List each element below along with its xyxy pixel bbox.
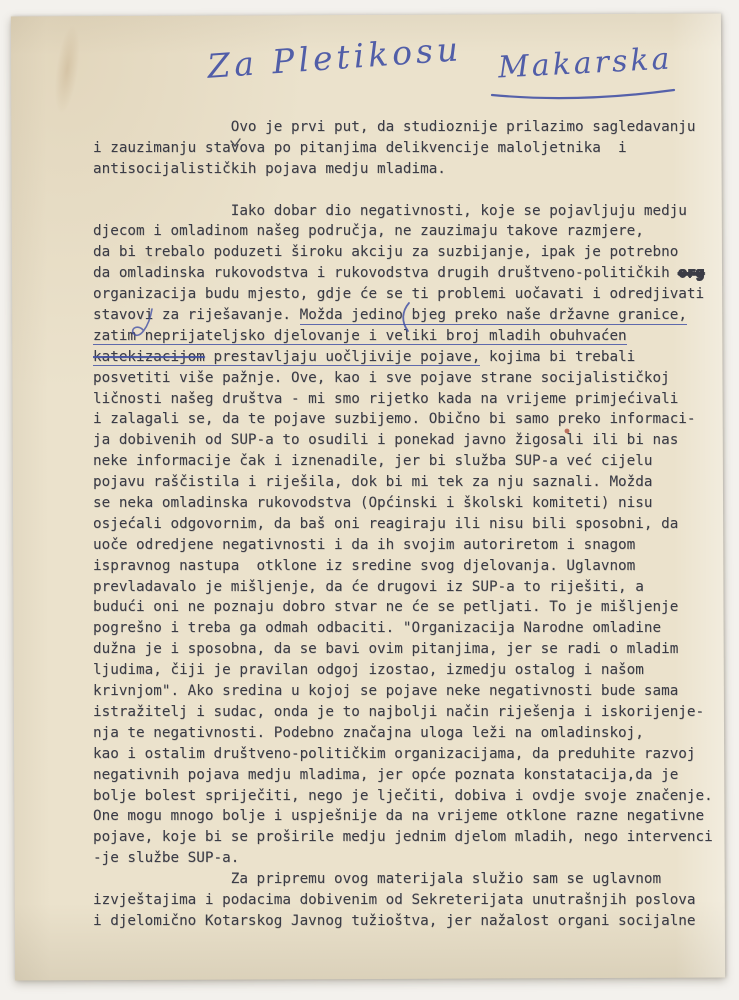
text-line: djecom i omladinom našeg područja, ne za… bbox=[93, 221, 723, 242]
text-segment: org bbox=[678, 265, 704, 281]
text-segment: budući oni ne poznaju dobro stvar ne će … bbox=[93, 599, 678, 615]
text-segment: ja dobivenih od SUP-a to osudili i ponek… bbox=[93, 432, 678, 448]
text-segment: One mogu mnogo bolje i uspješnije da na … bbox=[93, 808, 704, 824]
text-line: bolje bolest spriječiti, nego je lječiti… bbox=[93, 786, 723, 807]
text-segment: nja te negativnosti. Podebno značajna ul… bbox=[93, 725, 644, 741]
text-segment: i zalagali se, da te pojave suzbijemo. O… bbox=[93, 411, 696, 427]
text-line: One mogu mnogo bolje i uspješnije da na … bbox=[93, 806, 723, 827]
text-line: prevladavalo je mišljenje, da će drugovi… bbox=[93, 577, 723, 598]
text-line bbox=[93, 180, 723, 201]
text-segment: Iako dobar dio negativnosti, koje se poj… bbox=[93, 203, 687, 219]
text-segment: ličnosti našeg društva - mi smo rijetko … bbox=[93, 391, 678, 407]
text-line: nja te negativnosti. Podebno značajna ul… bbox=[93, 723, 723, 744]
text-line: katekizacijom prestavljaju uočljivije po… bbox=[93, 347, 723, 368]
text-segment: -je službe SUP-a. bbox=[93, 850, 239, 866]
text-line: se neka omladinska rukovodstva (Općinski… bbox=[93, 493, 723, 514]
text-line: budući oni ne poznaju dobro stvar ne će … bbox=[93, 597, 723, 618]
text-line: dužna je i sposobna, da se bavi ovim pit… bbox=[93, 639, 723, 660]
text-segment: pogrešno i treba ga odmah odbaciti. "Org… bbox=[93, 620, 661, 636]
text-line: Iako dobar dio negativnosti, koje se poj… bbox=[93, 201, 723, 222]
text-line: ličnosti našeg društva - mi smo rijetko … bbox=[93, 389, 723, 410]
text-segment: osjećali odgovornim, da baš oni reagiraj… bbox=[93, 516, 678, 532]
text-segment: kojima bi trebali bbox=[480, 349, 635, 365]
typed-text: Ovo je prvi put, da studioznije prilazim… bbox=[93, 117, 723, 932]
text-line: i djelomično Kotarskog Javnog tužioštva,… bbox=[93, 911, 723, 932]
text-segment: posvetiti više pažnje. Ove, kao i sve po… bbox=[93, 370, 670, 386]
text-line: da bi trebalo poduzeti široku akciju za … bbox=[93, 242, 723, 263]
text-segment: da omladinska rukovodstva i rukovodstva … bbox=[93, 265, 678, 281]
text-segment: kao i ostalim društveno-političkim organ… bbox=[93, 746, 696, 762]
text-line: istražitelj i sudac, onda je to najbolji… bbox=[93, 702, 723, 723]
text-line: pojavu raščistila i riješila, dok bi mi … bbox=[93, 472, 723, 493]
text-segment: i djelomično Kotarskog Javnog tužioštva,… bbox=[93, 913, 696, 929]
text-line: antisocijalističkih pojava medju mladima… bbox=[93, 159, 723, 180]
text-segment: Ovo je prvi put, da studioznije prilazim… bbox=[93, 119, 696, 135]
text-line: pogrešno i treba ga odmah odbaciti. "Org… bbox=[93, 618, 723, 639]
text-line: pojave, koje bi se proširile medju jedni… bbox=[93, 827, 723, 848]
text-segment: djecom i omladinom našeg područja, ne za… bbox=[93, 223, 644, 239]
text-line: osjećali odgovornim, da baš oni reagiraj… bbox=[93, 514, 723, 535]
text-segment: se neka omladinska rukovodstva (Općinski… bbox=[93, 495, 652, 511]
text-segment: Za pripremu ovog materijala služio sam s… bbox=[93, 871, 661, 887]
text-line: ispravnog nastupa otklone iz sredine svo… bbox=[93, 556, 723, 577]
text-segment: antisocijalističkih pojava medju mladima… bbox=[93, 161, 446, 177]
paper-stain bbox=[50, 23, 84, 115]
text-segment: prestavljaju uočljivije pojave, bbox=[205, 349, 480, 367]
text-segment: zatim neprijateljsko djelovanje i veliki… bbox=[93, 328, 627, 346]
text-line: i zauzimanju stavova po pitanjima delikv… bbox=[93, 138, 723, 159]
text-segment: i zauzimanju stavova po pitanjima delikv… bbox=[93, 140, 627, 156]
text-segment: izvještajima i podacima dobivenim od Sek… bbox=[93, 892, 696, 908]
text-line: stavovi za riješavanje. Možda jedino bje… bbox=[93, 305, 723, 326]
text-line: kao i ostalim društveno-političkim organ… bbox=[93, 744, 723, 765]
text-line: posvetiti više pažnje. Ove, kao i sve po… bbox=[93, 368, 723, 389]
text-line: ja dobivenih od SUP-a to osudili i ponek… bbox=[93, 430, 723, 451]
text-segment: dužna je i sposobna, da se bavi ovim pit… bbox=[93, 641, 678, 657]
text-line: ljudima, čiji je pravilan odgoj izostao,… bbox=[93, 660, 723, 681]
text-segment: organizacija budu mjesto, gdje će se ti … bbox=[93, 286, 704, 302]
text-segment: uoče odredjene negativnosti i da ih svoj… bbox=[93, 537, 635, 553]
text-segment: katekizacijom bbox=[93, 349, 205, 367]
text-segment: prevladavalo je mišljenje, da će drugovi… bbox=[93, 579, 644, 595]
text-line: Za pripremu ovog materijala služio sam s… bbox=[93, 869, 723, 890]
text-line: da omladinska rukovodstva i rukovodstva … bbox=[93, 263, 723, 284]
text-line: neke informacije čak i iznenadile, jer b… bbox=[93, 451, 723, 472]
text-segment: da bi trebalo poduzeti široku akciju za … bbox=[93, 244, 678, 260]
text-segment: stavovi za riješavanje. bbox=[93, 307, 300, 323]
text-line: uoče odredjene negativnosti i da ih svoj… bbox=[93, 535, 723, 556]
text-segment: pojave, koje bi se proširile medju jedni… bbox=[93, 829, 713, 845]
text-line: i zalagali se, da te pojave suzbijemo. O… bbox=[93, 409, 723, 430]
text-line: -je službe SUP-a. bbox=[93, 848, 723, 869]
scanned-page: Za Pletikosu Makarska Ovo je prvi put, d… bbox=[0, 0, 739, 1000]
text-line: izvještajima i podacima dobivenim od Sek… bbox=[93, 890, 723, 911]
text-segment: ljudima, čiji je pravilan odgoj izostao,… bbox=[93, 662, 644, 678]
text-segment: Možda jedino bjeg preko naše državne gra… bbox=[300, 307, 687, 325]
text-segment: krivnjom". Ako sredina u kojoj se pojave… bbox=[93, 683, 678, 699]
text-segment: ispravnog nastupa otklone iz sredine svo… bbox=[93, 558, 635, 574]
text-line: organizacija budu mjesto, gdje će se ti … bbox=[93, 284, 723, 305]
text-segment: istražitelj i sudac, onda je to najbolji… bbox=[93, 704, 704, 720]
text-segment: bolje bolest spriječiti, nego je lječiti… bbox=[93, 788, 713, 804]
text-line: krivnjom". Ako sredina u kojoj se pojave… bbox=[93, 681, 723, 702]
text-segment: pojavu raščistila i riješila, dok bi mi … bbox=[93, 474, 652, 490]
text-line: negativnih pojava medju mladima, jer opć… bbox=[93, 765, 723, 786]
text-segment: negativnih pojava medju mladima, jer opć… bbox=[93, 767, 678, 783]
text-segment: neke informacije čak i iznenadile, jer b… bbox=[93, 453, 652, 469]
text-line: zatim neprijateljsko djelovanje i veliki… bbox=[93, 326, 723, 347]
text-line: Ovo je prvi put, da studioznije prilazim… bbox=[93, 117, 723, 138]
